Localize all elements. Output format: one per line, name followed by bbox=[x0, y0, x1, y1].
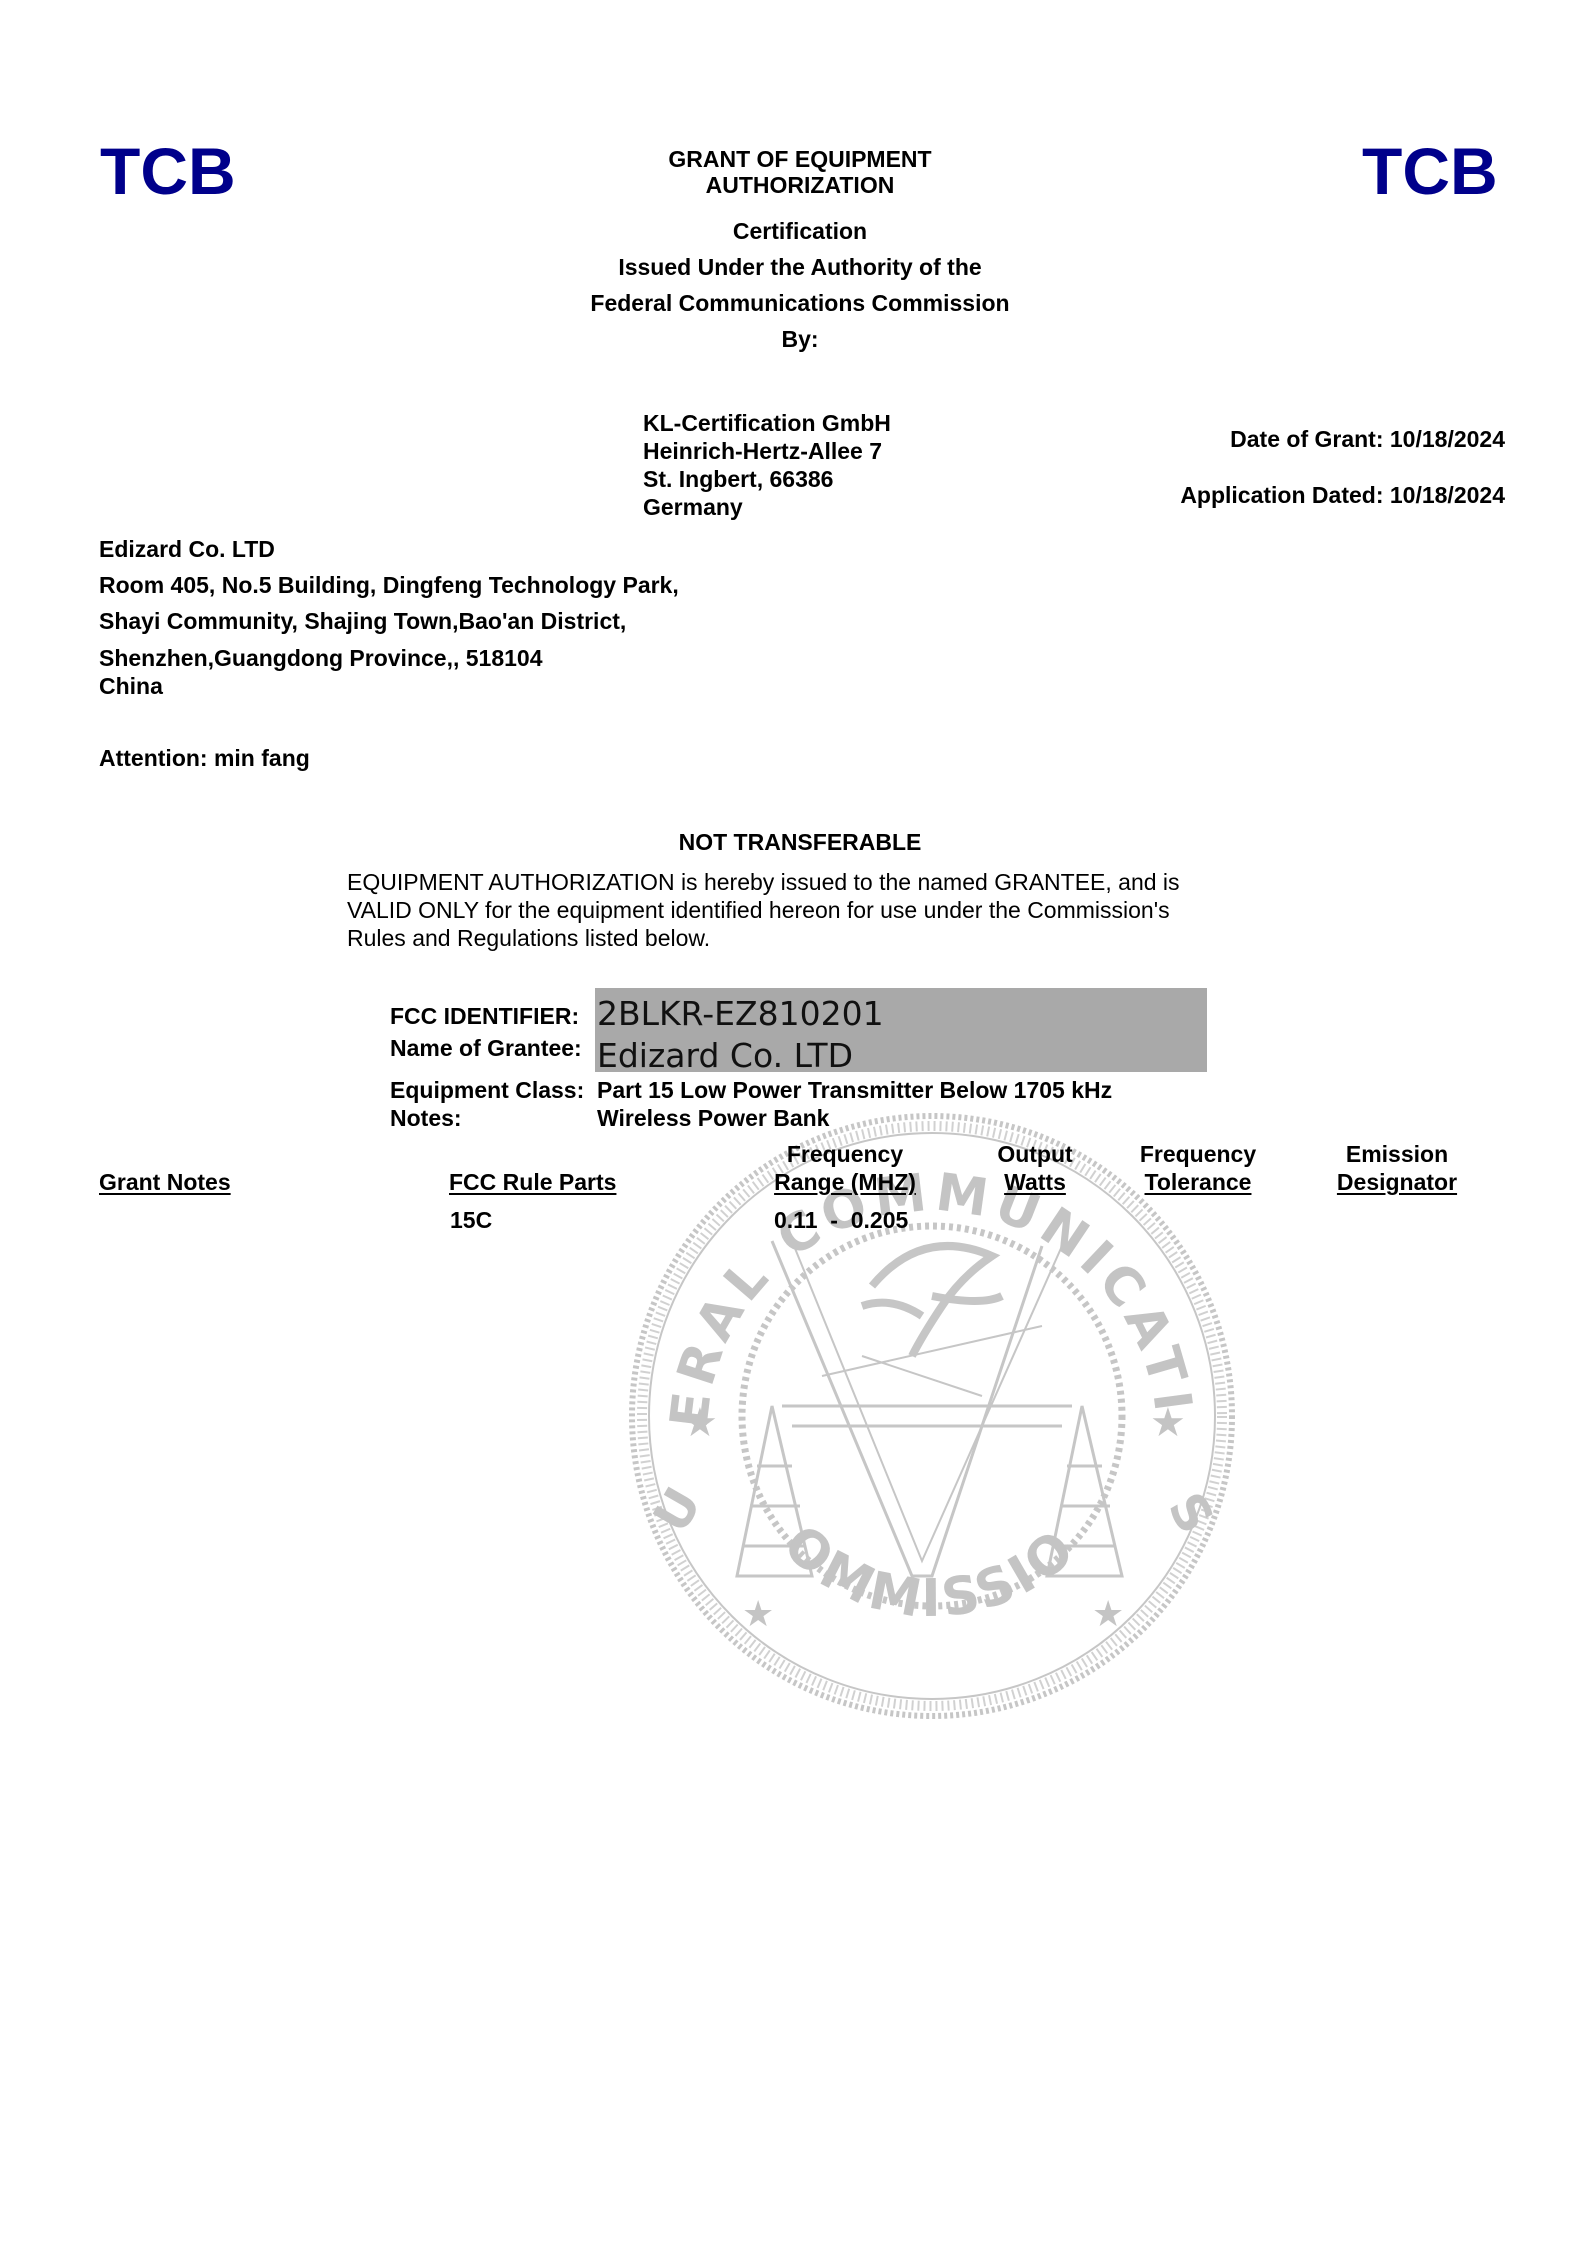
authority-line-2: Federal Communications Commission bbox=[500, 290, 1100, 317]
date-of-grant: Date of Grant: 10/18/2024 bbox=[1230, 425, 1505, 453]
svg-text:★: ★ bbox=[682, 1400, 718, 1446]
certification-label: Certification bbox=[500, 218, 1100, 245]
equipment-class-value: Part 15 Low Power Transmitter Below 1705… bbox=[597, 1076, 1112, 1104]
title-line-2: AUTHORIZATION bbox=[500, 172, 1100, 198]
notes-label: Notes: bbox=[390, 1104, 462, 1132]
grantee-name: Edizard Co. LTD bbox=[99, 535, 275, 563]
header-line-2: Tolerance bbox=[1128, 1168, 1268, 1196]
authority-line-1: Issued Under the Authority of the bbox=[500, 254, 1100, 281]
document-title: GRANT OF EQUIPMENT AUTHORIZATION bbox=[500, 146, 1100, 198]
svg-text:★: ★ bbox=[1150, 1400, 1186, 1446]
notice-line-2: VALID ONLY for the equipment identified … bbox=[347, 896, 1170, 924]
grantee-country: China bbox=[99, 672, 163, 700]
header-line-1: Frequency bbox=[765, 1140, 925, 1168]
header-line-2: Watts bbox=[975, 1168, 1095, 1196]
cell-rule-parts: 15C bbox=[450, 1206, 492, 1234]
fcc-seal-icon: FEDERAL COMMUNICATIONS COMMISSION U S ★ … bbox=[622, 1106, 1242, 1726]
certifier-address: KL-Certification GmbH Heinrich-Hertz-All… bbox=[643, 409, 891, 521]
tcb-logo-right: TCB bbox=[1362, 138, 1498, 204]
application-date: Application Dated: 10/18/2024 bbox=[1180, 481, 1505, 509]
svg-text:★: ★ bbox=[1092, 1594, 1124, 1635]
header-line-1: Emission bbox=[1322, 1140, 1472, 1168]
grantee-value: Edizard Co. LTD bbox=[597, 1036, 853, 1076]
attention-line: Attention: min fang bbox=[99, 744, 310, 772]
by-label: By: bbox=[500, 326, 1100, 353]
not-transferable-heading: NOT TRANSFERABLE bbox=[500, 828, 1100, 856]
header-line-2: Grant Notes bbox=[99, 1168, 231, 1196]
fcc-id-value: 2BLKR-EZ810201 bbox=[597, 994, 884, 1034]
title-line-1: GRANT OF EQUIPMENT bbox=[500, 146, 1100, 172]
header-line-2: Range (MHZ) bbox=[765, 1168, 925, 1196]
notice-line-1: EQUIPMENT AUTHORIZATION is hereby issued… bbox=[347, 868, 1180, 896]
notes-value: Wireless Power Bank bbox=[597, 1104, 829, 1132]
certifier-street: Heinrich-Hertz-Allee 7 bbox=[643, 437, 891, 465]
grantee-address-line-2: Shayi Community, Shajing Town,Bao'an Dis… bbox=[99, 607, 626, 635]
header-frequency-range: Frequency Range (MHZ) bbox=[765, 1140, 925, 1196]
certifier-name: KL-Certification GmbH bbox=[643, 409, 891, 437]
equipment-class-label: Equipment Class: bbox=[390, 1076, 584, 1104]
header-line-1 bbox=[99, 1140, 231, 1168]
certifier-country: Germany bbox=[643, 493, 891, 521]
tcb-logo-left: TCB bbox=[100, 138, 236, 204]
header-output-watts: Output Watts bbox=[975, 1140, 1095, 1196]
certifier-city: St. Ingbert, 66386 bbox=[643, 465, 891, 493]
grantee-address-line-3: Shenzhen,Guangdong Province,, 518104 bbox=[99, 644, 543, 672]
header-line-2: FCC Rule Parts bbox=[449, 1168, 616, 1196]
grantee-address-line-1: Room 405, No.5 Building, Dingfeng Techno… bbox=[99, 571, 679, 599]
fcc-id-label: FCC IDENTIFIER: bbox=[390, 1002, 579, 1030]
notice-line-3: Rules and Regulations listed below. bbox=[347, 924, 710, 952]
cell-frequency-range: 0.11 - 0.205 bbox=[774, 1206, 908, 1234]
header-line-1: Output bbox=[975, 1140, 1095, 1168]
header-fcc-rule-parts: FCC Rule Parts bbox=[449, 1140, 616, 1196]
header-line-1: Frequency bbox=[1128, 1140, 1268, 1168]
header-frequency-tolerance: Frequency Tolerance bbox=[1128, 1140, 1268, 1196]
header-line-1 bbox=[449, 1140, 616, 1168]
header-line-2: Designator bbox=[1322, 1168, 1472, 1196]
svg-text:★: ★ bbox=[742, 1594, 774, 1635]
grantee-label: Name of Grantee: bbox=[390, 1034, 582, 1062]
header-emission-designator: Emission Designator bbox=[1322, 1140, 1472, 1196]
header-grant-notes: Grant Notes bbox=[99, 1140, 231, 1196]
svg-text:S: S bbox=[1157, 1483, 1225, 1543]
